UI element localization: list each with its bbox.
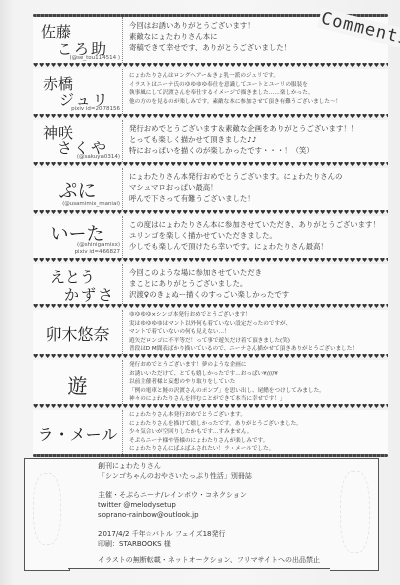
contributor-message: 今回このような場に参加させていただき まことにありがとうございました。 沢渡♀の… <box>123 264 388 304</box>
contributor-message: にょわたりさんはロングヘアー＆きょ乳一派のジュリです。 イラストはニーナ氏のゆゆ… <box>123 69 388 114</box>
contributor-name: 佐藤 ころ助 (@se_tou114514 ) <box>33 17 123 63</box>
comments-board: 佐藤 ころ助 (@se_tou114514 ) 今回はお誘いありがとうございます… <box>33 14 388 457</box>
comment-row-2: 赤橋 ジュリ pixiv id=2078156 にょわたりさんはロングヘアー＆き… <box>33 69 388 114</box>
contributor-name: 卯木悠奈 <box>33 310 123 354</box>
contributor-name: 神咲 さくや (@sakuya0314) <box>33 120 123 162</box>
contributor-message: 発行おめでとうございます＆素敵な企画をありがとうございます！！ とっても楽しく描… <box>123 120 388 162</box>
comment-row-8: 遊 発行おめでとうございます！夢のような企画に お誘いいただけて、とても嬉しかっ… <box>33 360 388 404</box>
contributor-message: 発行おめでとうございます！夢のような企画に お誘いいただけて、とても嬉しかったで… <box>123 360 388 404</box>
printer: 印刷：STARBOOKS 様 <box>98 539 330 549</box>
comment-row-5: いーた (@shinigamixx) pixiv id=466827 この度はに… <box>33 216 388 258</box>
contributor-name: いーた (@shinigamixx) pixiv id=466827 <box>33 216 123 258</box>
publish-date: 2017/4/2 千年☆バトル フェイズ18発行 <box>98 529 330 539</box>
contributor-message: にょわたりさん本発行おめでとうございます。 にょわたりさんを描けて嬉しかったです… <box>123 410 388 454</box>
comment-row-4: ぷに (@usamimix_maniai) にょわたりさん本発行おめでとうござい… <box>33 168 388 210</box>
twitter-handle: twitter @melodysetup <box>98 500 330 510</box>
sketch-illustration <box>340 471 370 553</box>
contributor-message: ゆゆゆゆ×シンゴ本発行おめでとうございます！ 実はゆゆゆゆはマント以外何も着てい… <box>123 310 388 354</box>
sketch-illustration <box>33 473 61 545</box>
contributor-name: ラ・メール <box>33 410 123 454</box>
contact-email: soprano-rainbow@outlook.jp <box>98 510 330 520</box>
contributor-name: えとう かずさ <box>33 264 123 304</box>
contributor-message: この度はにょわたりさん本に参加させていただき、ありがとうございます！ ユリンゴを… <box>123 216 388 258</box>
colophon-left-panel <box>24 458 70 571</box>
comment-row-6: えとう かずさ 今回このような場に参加させていただき まことにありがとうございま… <box>33 264 388 304</box>
bottom-border <box>33 454 388 457</box>
contributor-handle: (@usamimix_maniai) <box>62 201 120 207</box>
comment-row-3: 神咲 さくや (@sakuya0314) 発行おめでとうございます＆素敵な企画を… <box>33 120 388 162</box>
comment-row-7: 卯木悠奈 ゆゆゆゆ×シンゴ本発行おめでとうございます！ 実はゆゆゆゆはマント以外… <box>33 310 388 354</box>
contributor-name: 遊 <box>33 360 123 404</box>
contributor-handle: (@se_tou114514 ) <box>69 55 120 61</box>
comment-row-9: ラ・メール にょわたりさん本発行おめでとうございます。 にょわたりさんを描けて嬉… <box>33 410 388 454</box>
contributor-pixiv: pixiv id=466827 <box>75 249 120 255</box>
contributor-handle: (@sakuya0314) <box>77 154 120 160</box>
contributor-name: 赤橋 ジュリ pixiv id=2078156 <box>33 69 123 114</box>
contributor-handle: pixiv id=2078156 <box>71 106 120 112</box>
contributor-handle: (@shinigamixx) <box>77 242 120 248</box>
colophon: 創刊にょわたりさん 「シンゴちゃんのおやさいたっぷり性活」別冊誌 主催・そぷらニ… <box>68 458 330 569</box>
contributor-name: ぷに (@usamimix_maniai) <box>33 168 123 210</box>
copyright-notice: イラストの無断転載・ネットオークション、フリマサイトへの出品禁止 <box>98 555 330 565</box>
colophon-right-panel <box>330 458 379 571</box>
contributor-message: にょわたりさん本発行おめでとうございます。にょわたりさんの マシュマロおっぱい最… <box>123 168 388 210</box>
